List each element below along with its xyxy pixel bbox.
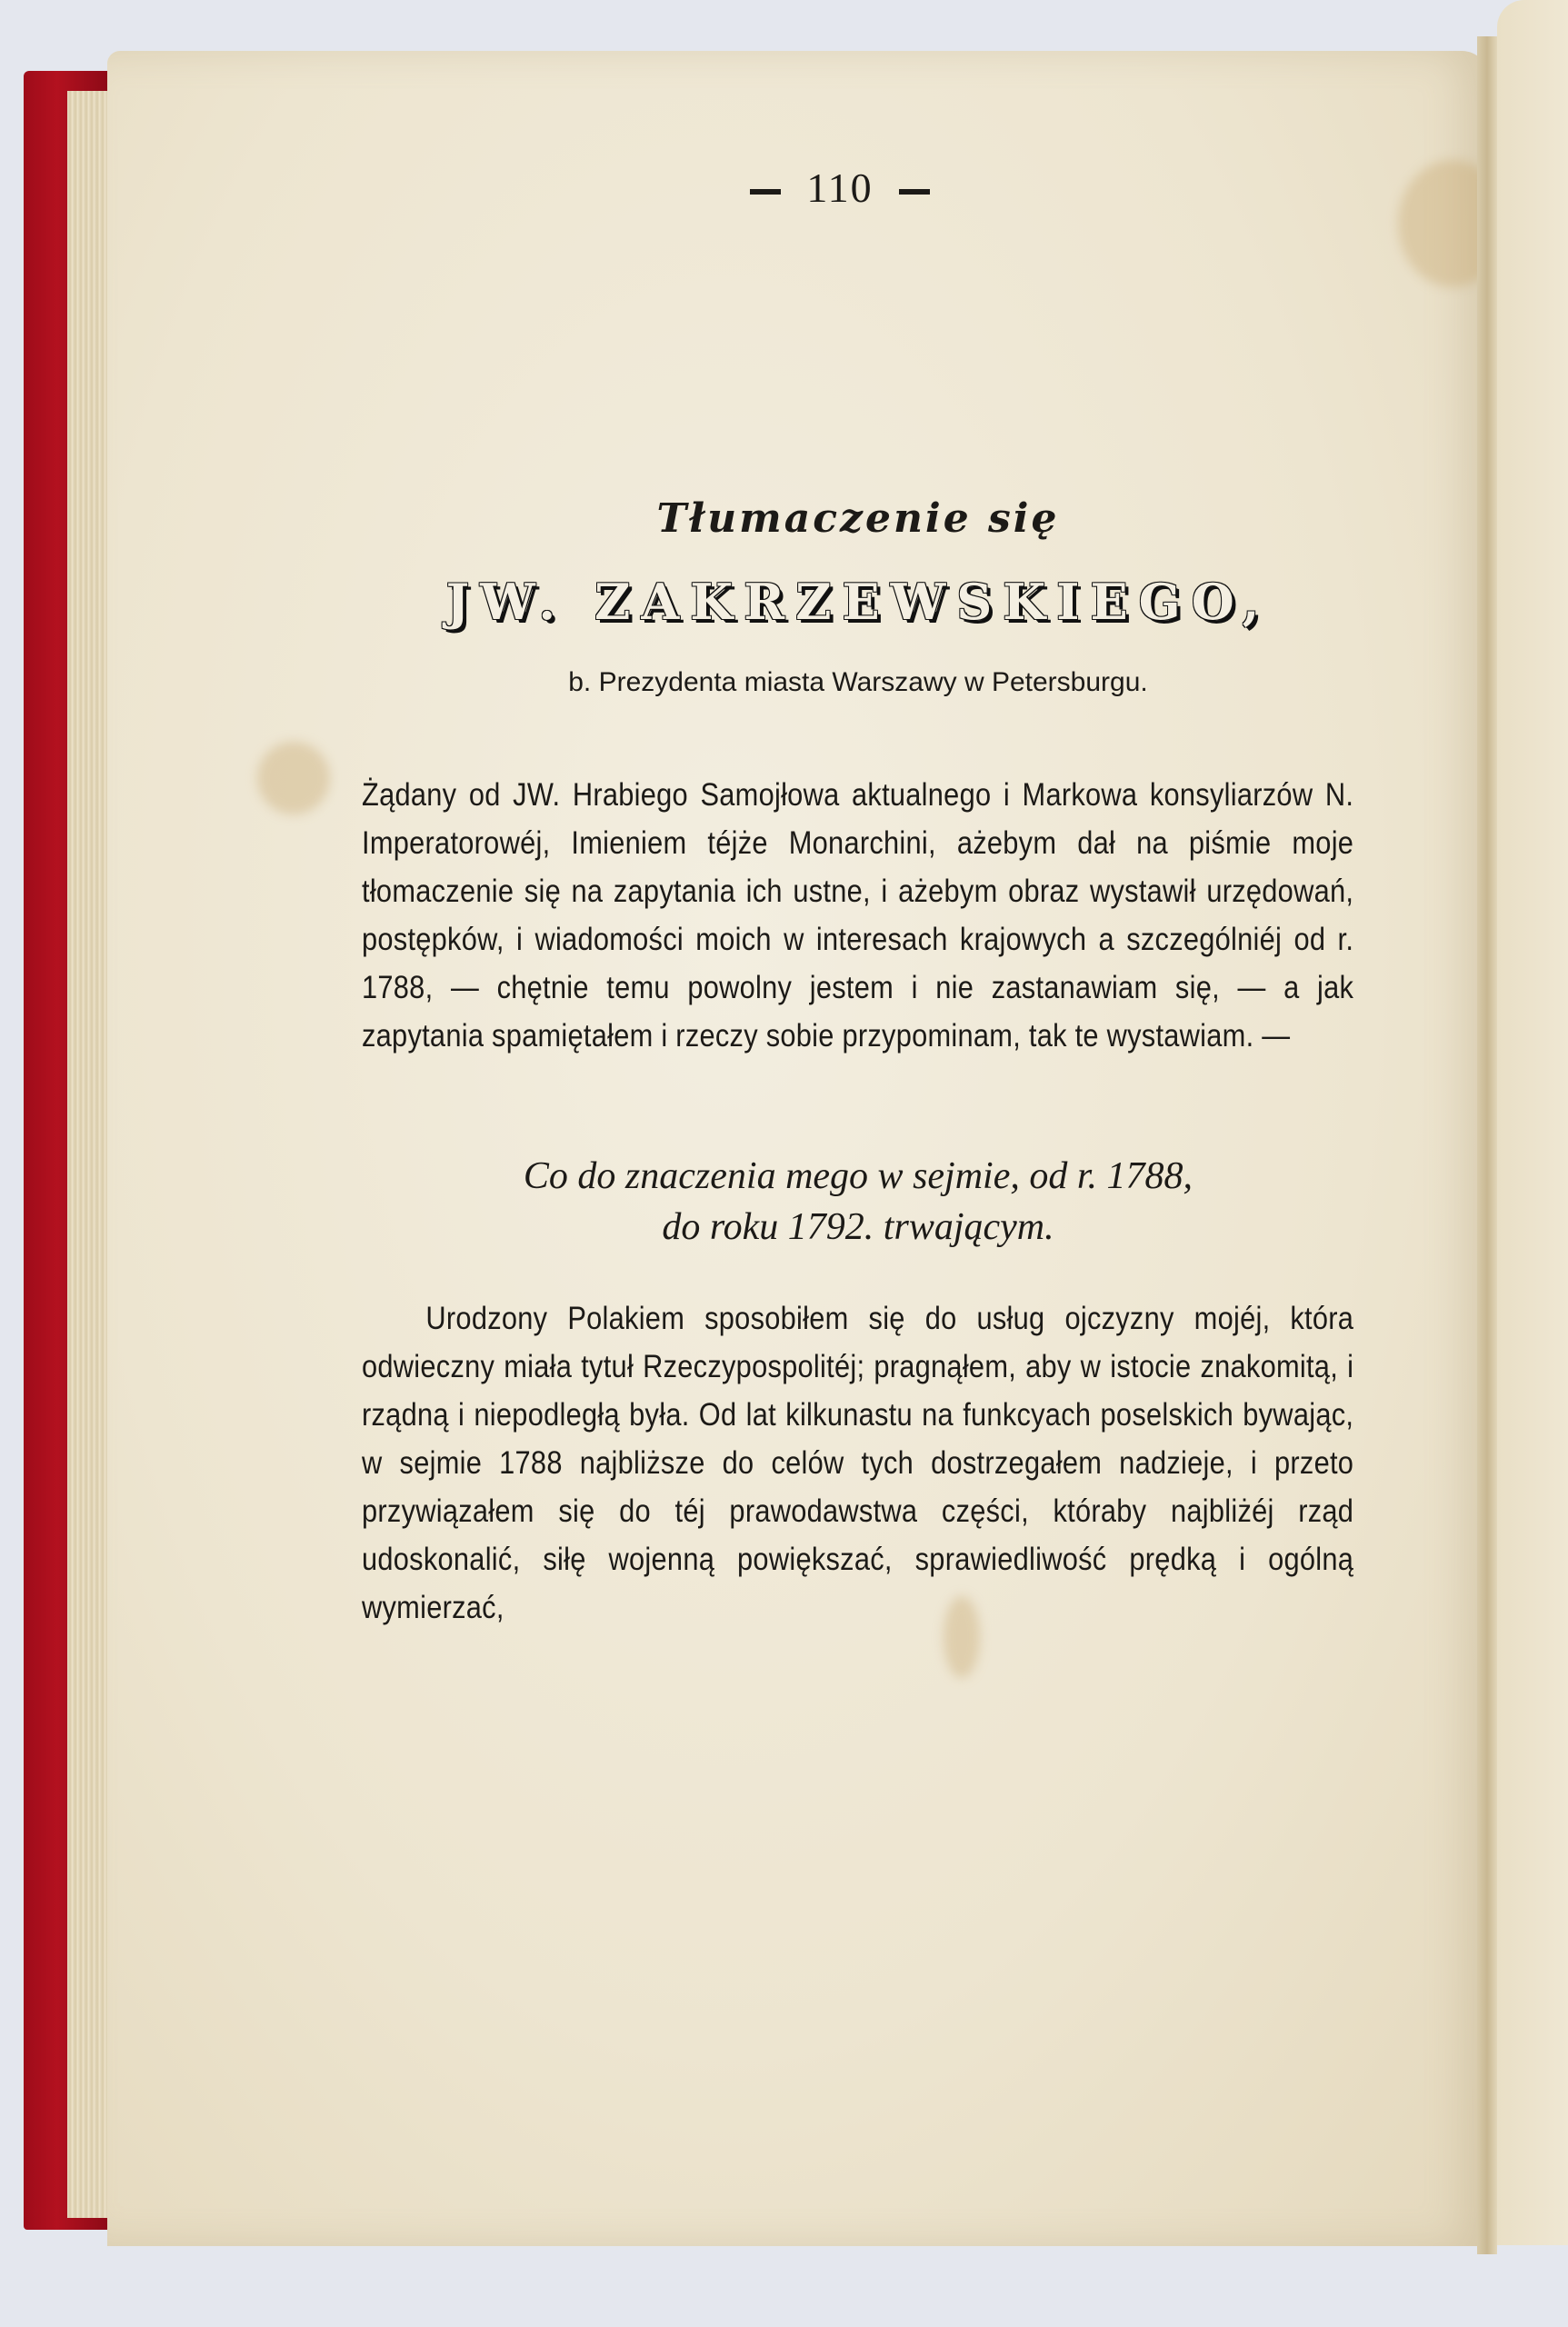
dash-left xyxy=(750,189,781,195)
page-text: 110 Tłumaczenie się JW. ZAKRZEWSKIEGO, b… xyxy=(362,164,1354,1632)
subtitle: b. Prezydenta miasta Warszawy w Petersbu… xyxy=(362,667,1354,698)
page-number: 110 xyxy=(325,164,1354,212)
book-gutter xyxy=(1477,36,1497,2254)
foxing-stain xyxy=(257,742,330,814)
title-line-2: JW. ZAKRZEWSKIEGO, xyxy=(362,573,1354,631)
section-heading-line-2: do roku 1792. trwającym. xyxy=(362,1202,1354,1253)
page-number-value: 110 xyxy=(806,165,873,211)
title-line-1: Tłumaczenie się xyxy=(362,495,1354,542)
dash-right xyxy=(899,189,930,195)
section-heading: Co do znaczenia mego w sejmie, od r. 178… xyxy=(362,1151,1354,1253)
section-heading-line-1: Co do znaczenia mego w sejmie, od r. 178… xyxy=(362,1151,1354,1202)
facing-page-edge xyxy=(1497,0,1568,2245)
paragraph-1: Żądany od JW. Hrabiego Samojłowa aktualn… xyxy=(362,771,1353,1060)
paragraph-2: Urodzony Polakiem sposobiłem się do usłu… xyxy=(362,1294,1353,1632)
